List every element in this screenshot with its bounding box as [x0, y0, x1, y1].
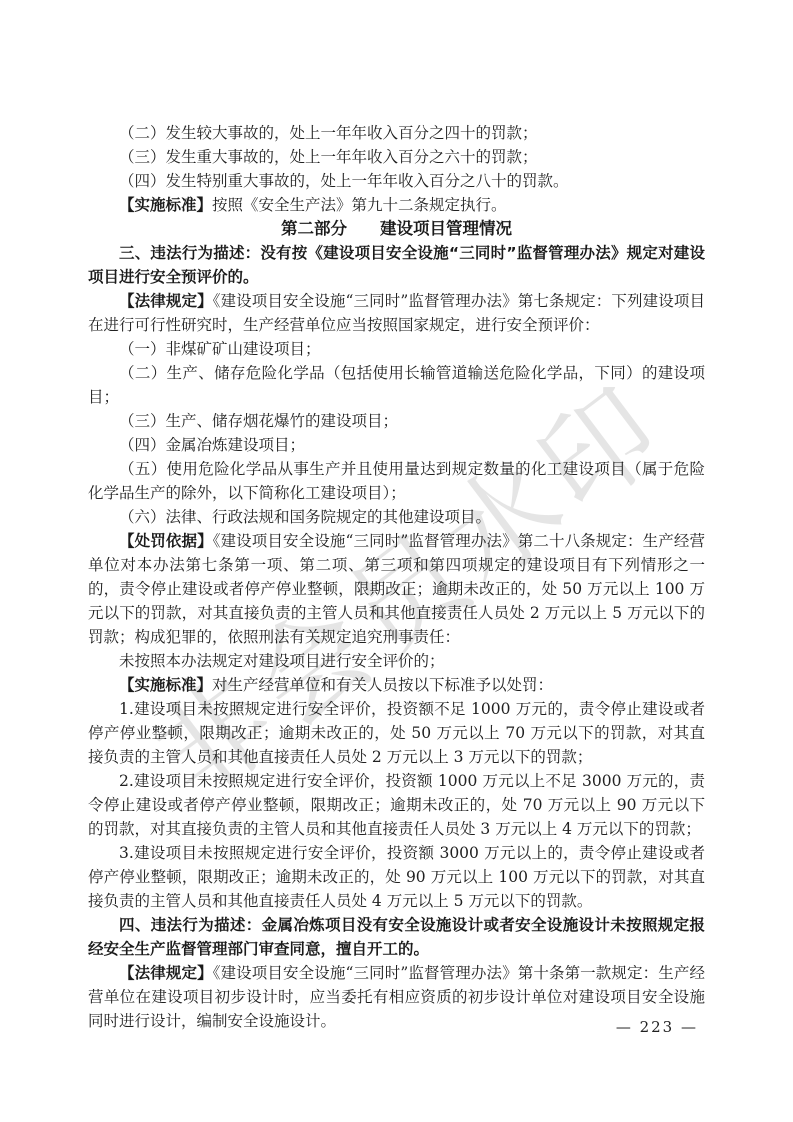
section-heading: 第二部分 建设项目管理情况	[88, 217, 705, 241]
paragraph: 3.建设项目未按照规定进行安全评价，投资额 3000 万元以上的，责令停止建设或…	[88, 841, 705, 913]
document-body: （二）发生较大事故的，处上一年年收入百分之四十的罚款；（三）发生重大事故的，处上…	[88, 121, 705, 1033]
paragraph-label: 【实施标准】	[119, 676, 212, 694]
paragraph: 【实施标准】对生产经营单位和有关人员按以下标准予以处罚：	[88, 673, 705, 697]
paragraph: 【实施标准】按照《安全生产法》第九十二条规定执行。	[88, 193, 705, 217]
paragraph: （五）使用危险化学品从事生产并且使用量达到规定数量的化工建设项目（属于危险化学品…	[88, 457, 705, 505]
paragraph-text: 按照《安全生产法》第九十二条规定执行。	[212, 196, 507, 214]
paragraph-label: 【法律规定】	[119, 292, 213, 310]
paragraph: （三）生产、储存烟花爆竹的建设项目；	[88, 409, 705, 433]
paragraph: （二）发生较大事故的，处上一年年收入百分之四十的罚款；	[88, 121, 705, 145]
page-number: — 223 —	[616, 1018, 698, 1036]
paragraph-text: 对生产经营单位和有关人员按以下标准予以处罚：	[212, 676, 553, 694]
paragraph: 未按照本办法规定对建设项目进行安全评价的；	[88, 649, 705, 673]
paragraph: 2.建设项目未按照规定进行安全评价，投资额 1000 万元以上不足 3000 万…	[88, 769, 705, 841]
paragraph: （三）发生重大事故的，处上一年年收入百分之六十的罚款；	[88, 145, 705, 169]
paragraph: （四）发生特别重大事故的，处上一年年收入百分之八十的罚款。	[88, 169, 705, 193]
paragraph: 【法律规定】《建设项目安全设施“三同时”监督管理办法》第七条规定：下列建设项目在…	[88, 289, 705, 337]
paragraph: 1.建设项目未按照规定进行安全评价，投资额不足 1000 万元的，责令停止建设或…	[88, 697, 705, 769]
paragraph: （四）金属冶炼建设项目；	[88, 433, 705, 457]
document-page: 非会员水印 （二）发生较大事故的，处上一年年收入百分之四十的罚款；（三）发生重大…	[0, 0, 793, 1122]
paragraph: 【处罚依据】《建设项目安全设施“三同时”监督管理办法》第二十八条规定：生产经营单…	[88, 529, 705, 649]
paragraph: （二）生产、储存危险化学品（包括使用长输管道输送危险化学品，下同）的建设项目；	[88, 361, 705, 409]
paragraph-label: 【法律规定】	[119, 964, 213, 982]
paragraph: 【法律规定】《建设项目安全设施“三同时”监督管理办法》第十条第一款规定：生产经营…	[88, 961, 705, 1033]
paragraph: （六）法律、行政法规和国务院规定的其他建设项目。	[88, 505, 705, 529]
paragraph: 四、违法行为描述：金属冶炼项目没有安全设施设计或者安全设施设计未按照规定报经安全…	[88, 913, 705, 961]
paragraph-label: 【实施标准】	[119, 196, 212, 214]
paragraph-label: 【处罚依据】	[119, 532, 213, 550]
paragraph: 三、违法行为描述：没有按《建设项目安全设施“三同时”监督管理办法》规定对建设项目…	[88, 241, 705, 289]
paragraph: （一）非煤矿矿山建设项目；	[88, 337, 705, 361]
